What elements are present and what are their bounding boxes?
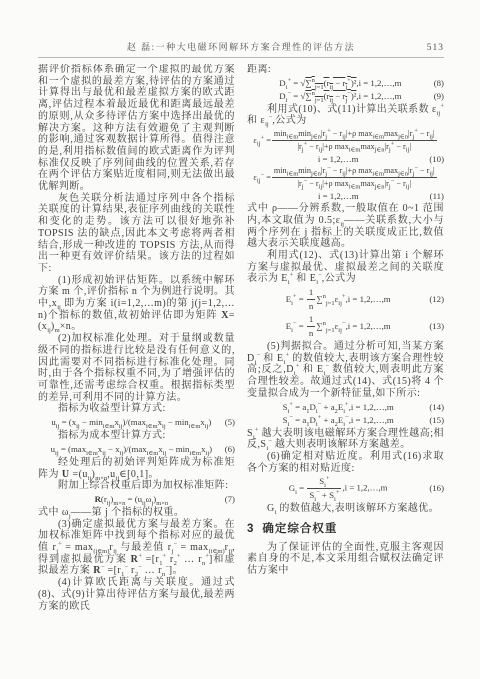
- equation-10-numerator: mini∈mminj∈n|rj+ − rij|+ρ maxi∈mmaxj∈n|r…: [272, 129, 437, 140]
- equation-16-body: Gi = Si+Si− + Si+,i = 1,2,…,m: [247, 476, 429, 501]
- right-line-distance: 距离:: [247, 64, 444, 76]
- right-column: 距离: Di+ = √∑nj=1(rij − rj+)²,i = 1,2,…,m…: [247, 64, 444, 661]
- left-line-benefit-type: 指标为收益型计算方式:: [38, 403, 235, 415]
- left-paragraph-omega-note: 式中 ωj——第 j 个指标的权重。: [38, 507, 235, 519]
- equation-12-body: Ei+ = 1n∑nj=1εij+,i = 1,2,…,m: [247, 287, 429, 312]
- equation-8-body: Di+ = √∑nj=1(rij − rj+)²,i = 1,2,…,m: [247, 78, 434, 89]
- left-paragraph-topsis-distance: 据评价指标体系确定一个虚拟的最优方案和一个虚拟的最差方案,待评估的方案通过计算得…: [38, 64, 235, 193]
- right-paragraph-step5-fitting: (5)判据拟合。通过分析可知,当某方案 Di− 和 Ei+ 的数值较大,表明该方…: [247, 341, 444, 400]
- equation-10-condition: i = 1,2,…m: [247, 154, 429, 164]
- equation-13-fraction: 1n: [307, 314, 315, 339]
- equation-11-main: εij− = mini∈mminj∈n|rj− − rij|+ρ maxi∈mm…: [247, 166, 444, 189]
- equation-5: uij = (xij − mini∈mxij)/(maxi∈mxij − min…: [38, 417, 235, 428]
- equation-10-lhs: εij+ =: [253, 136, 270, 146]
- equation-6-body: uij = (maxi∈mxij − xij)/(maxi∈mxij − min…: [38, 444, 225, 455]
- equation-7-body: R(rij)m×n = (uijωj)m×n: [38, 494, 225, 505]
- equation-10-condition-row: i = 1,2,…m (10): [247, 154, 444, 164]
- equation-11-lhs: εij− =: [253, 173, 270, 183]
- right-paragraph-g-interpretation: Gi 的数值越大,表明该解环方案越优。: [247, 503, 444, 515]
- right-paragraph-combined-weighting: 为了保证评估的全面性,克服主客观因素自身的不足,本文采用组合赋权法确定评估方案中: [247, 542, 444, 577]
- header-rule: [38, 57, 444, 58]
- right-paragraph-rho-note: 式中 ρ——分辨系数,一般取值在 0~1 范围内,本文取值为 0.5;εij——…: [247, 203, 444, 250]
- right-paragraph-s-interpretation: Si+ 越大表明该电磁解环方案合理性越高;相反,Si− 越大则表明该解环方案越差…: [247, 428, 444, 451]
- equation-12-number: (12): [429, 294, 444, 305]
- equation-11-condition-row: i = 1,2,…m (11): [247, 191, 444, 201]
- equation-9-body: Di− = √∑nj=1(rij − rj−)²,i = 1,2,…,m: [247, 91, 434, 102]
- running-title: 赵 磊:一种大电磁环网解环方案合理性的评估方法: [84, 40, 398, 53]
- equation-14: Si+ = a1Di− + a2Ei+,i = 1,2,…,m (14): [247, 402, 444, 413]
- equation-16: Gi = Si+Si− + Si+,i = 1,2,…,m (16): [247, 476, 444, 501]
- right-paragraph-relation-degree: 利用式(12)、式(13)计算出第 i 个解环方案与虚拟最优、虚拟最差之间的关联…: [247, 250, 444, 285]
- equation-7: R(rij)m×n = (uijωj)m×n (7): [38, 494, 235, 505]
- page-number: 513: [398, 43, 444, 53]
- left-paragraph-step3-virtual: (3)确定虚拟最优方案与最差方案。在加权标准矩阵中找到每个指标对应的最优值 rj…: [38, 519, 235, 578]
- equation-12: Ei+ = 1n∑nj=1εij+,i = 1,2,…,m (12): [247, 287, 444, 312]
- equation-12-denominator: n: [307, 299, 315, 312]
- equation-5-number: (5): [225, 417, 235, 428]
- journal-page: 赵 磊:一种大电磁环网解环方案合理性的评估方法 513 据评价指标体系确定一个虚…: [0, 0, 480, 679]
- equation-15-body: Si− = a1Di+ + a2Ei−,i = 1,2,…,m: [247, 415, 429, 426]
- equation-11-condition: i = 1,2,…m: [247, 191, 430, 201]
- two-column-body: 据评价指标体系确定一个虚拟的最优方案和一个虚拟的最差方案,待评估的方案通过计算得…: [38, 64, 444, 661]
- equation-16-numerator: Si+: [307, 476, 341, 488]
- equation-12-fraction: 1n: [307, 287, 315, 312]
- equation-6-number: (6): [225, 444, 235, 455]
- equation-16-tail: ,i = 1,2,…,m: [342, 483, 387, 493]
- equation-15-number: (15): [429, 415, 444, 426]
- left-line-cost-type: 指标为成本型计算方式:: [38, 430, 235, 442]
- equation-12-numerator: 1: [307, 287, 315, 299]
- page-header: 赵 磊:一种大电磁环网解环方案合理性的评估方法 513: [38, 40, 444, 53]
- equation-15: Si− = a1Di+ + a2Ei−,i = 1,2,…,m (15): [247, 415, 444, 426]
- equation-14-number: (14): [429, 402, 444, 413]
- equation-16-denominator: Si− + Si+: [307, 488, 341, 501]
- equation-13-numerator: 1: [307, 314, 315, 326]
- equation-11-numerator: mini∈mminj∈n|rj− − rij|+ρ maxi∈mmaxj∈n|r…: [272, 166, 437, 177]
- equation-16-number: (16): [429, 483, 444, 494]
- equation-13-lhs: Ei− =: [286, 321, 306, 331]
- left-paragraph-weighted-matrix: 附加上综合权重后即为加权标准矩阵:: [38, 480, 235, 492]
- left-paragraph-grey-relation: 灰色关联分析法通过序列中各个指标关联度的计算结果,表征序列曲线的关联性和变化的走…: [38, 193, 235, 275]
- equation-10-main: εij+ = mini∈mminj∈n|rj+ − rij|+ρ maxi∈mm…: [247, 129, 444, 152]
- equation-11: εij− = mini∈mminj∈n|rj− − rij|+ρ maxi∈mm…: [247, 166, 444, 201]
- equation-12-tail: ∑nj=1εij+,i = 1,2,…,m: [316, 294, 390, 304]
- equation-9: Di− = √∑nj=1(rij − rj−)²,i = 1,2,…,m (9): [247, 91, 444, 102]
- equation-12-lhs: Ei+ =: [286, 294, 306, 304]
- equation-13-body: Ei− = 1n∑nj=1εij−,i = 1,2,…,m: [247, 314, 429, 339]
- right-paragraph-step6-closeness: (6)确定相对贴近度。利用式(16)求取各个方案的相对贴近度:: [247, 451, 444, 474]
- equation-13-denominator: n: [307, 326, 315, 339]
- left-paragraph-step1-matrix: (1)形成初始评估矩阵。以系统中解环方案 m 个,评价指标 n 个为例进行说明。…: [38, 275, 235, 334]
- equation-10-number: (10): [429, 154, 444, 164]
- left-paragraph-step2-normalize: (2)加权标准化处理。对于量纲或数量级不同的指标进行比较是没有任何意义的,因此需…: [38, 333, 235, 403]
- equation-8-number: (8): [434, 78, 444, 89]
- equation-10-fraction: mini∈mminj∈n|rj+ − rij|+ρ maxi∈mmaxj∈n|r…: [272, 129, 437, 152]
- equation-10: εij+ = mini∈mminj∈n|rj+ − rij|+ρ maxi∈mm…: [247, 129, 444, 164]
- equation-13-number: (13): [429, 321, 444, 332]
- equation-11-number: (11): [430, 191, 444, 201]
- equation-16-lhs: Gi =: [289, 483, 307, 493]
- equation-13-tail: ∑nj=1εij−,i = 1,2,…,m: [316, 321, 390, 331]
- equation-6: uij = (maxi∈mxij − xij)/(maxi∈mxij − min…: [38, 444, 235, 455]
- equation-14-body: Si+ = a1Di− + a2Ei+,i = 1,2,…,m: [247, 402, 429, 413]
- equation-13: Ei− = 1n∑nj=1εij−,i = 1,2,…,m (13): [247, 314, 444, 339]
- section-number: 3: [247, 524, 254, 536]
- section-title: 确定综合权重: [262, 524, 337, 536]
- equation-11-fraction: mini∈mminj∈n|rj− − rij|+ρ maxi∈mmaxj∈n|r…: [272, 166, 437, 189]
- left-paragraph-standard-matrix: 经处理后的初始评判矩阵成为标准矩阵为 U =(uij)m×n,uij∈[0,1]…: [38, 457, 235, 480]
- left-paragraph-step4-distance: (4)计算欧氏距离与关联度。通过式(8)、式(9)计算出待评估方案与最优,最差两…: [38, 577, 235, 612]
- equation-9-number: (9): [434, 91, 444, 102]
- right-paragraph-correlation-coeff: 利用式(10)、式(11)计算出关联系数 εij+ 和 εij−,公式为: [247, 104, 444, 127]
- equation-5-body: uij = (xij − mini∈mxij)/(maxi∈mxij − min…: [38, 417, 225, 428]
- section-heading-3: 3 确定综合权重: [247, 524, 444, 536]
- equation-8: Di+ = √∑nj=1(rij − rj+)²,i = 1,2,…,m (8): [247, 78, 444, 89]
- equation-7-number: (7): [225, 494, 235, 505]
- equation-10-denominator: |rj+ − rij|+ρ maxi∈mmaxj∈n|rj+ − rij|: [272, 140, 437, 152]
- equation-16-fraction: Si+Si− + Si+: [307, 476, 341, 501]
- left-column: 据评价指标体系确定一个虚拟的最优方案和一个虚拟的最差方案,待评估的方案通过计算得…: [38, 64, 235, 661]
- equation-11-denominator: |rj− − rij|+ρ maxi∈mmaxj∈n|rj− − rij|: [272, 177, 437, 189]
